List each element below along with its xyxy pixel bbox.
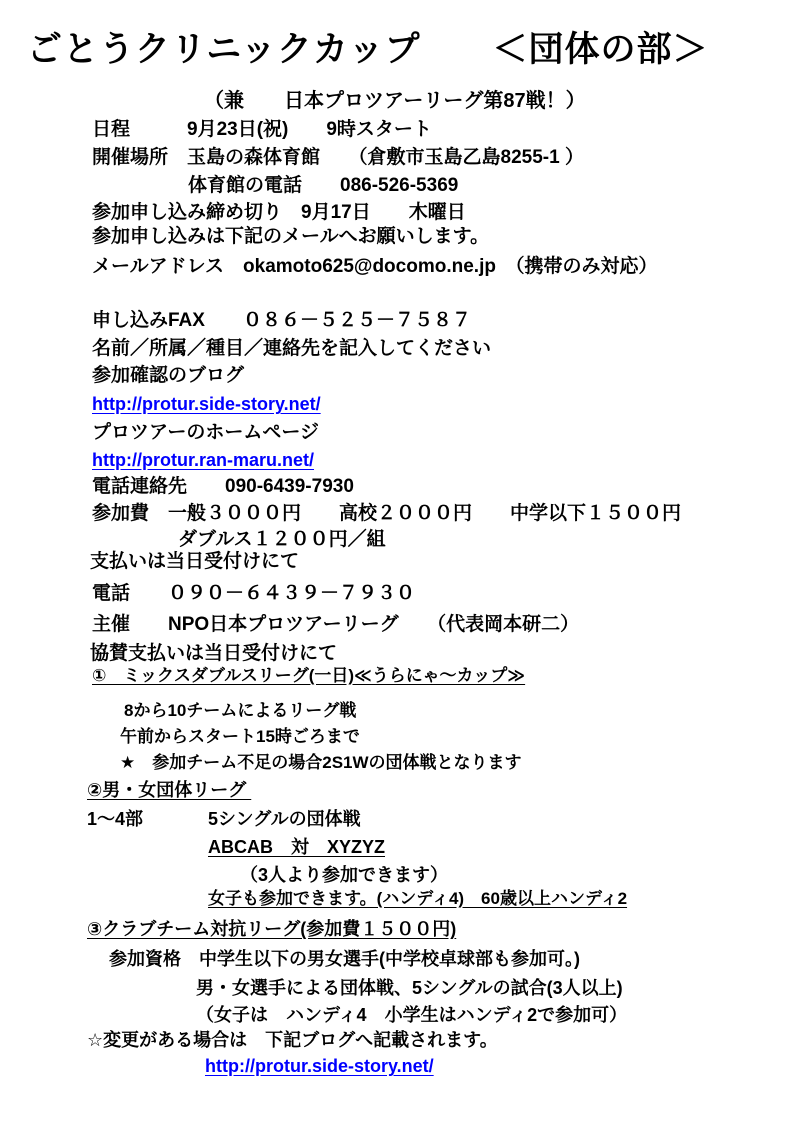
venue-line: 開催場所 玉島の森体育館 （倉敷市玉島乙島8255-1 ） [92,147,584,169]
event3-heading: ③クラブチーム対抗リーグ(参加費１５００円) [87,919,456,940]
event2-handicap-note: 女子も参加できます。(ハンディ4) 60歳以上ハンディ2 [208,889,627,909]
homepage-label: プロツアーのホームページ [92,422,319,444]
doubles-fee-line: ダブルス１２００円／組 [178,529,386,551]
event2-matchup: ABCAB 対 XYZYZ [208,837,385,858]
gym-phone-line: 体育館の電話 086-526-5369 [188,175,458,197]
schedule-line: 日程 9月23日(祝) 9時スタート [92,119,432,141]
event1-heading: ① ミックスダブルスリーグ(一日)≪うらにゃ～カップ≫ [92,666,525,686]
event1-star-note: ★ 参加チーム不足の場合2S1Wの団体戦となります [120,753,522,773]
blog-label: 参加確認のブログ [92,365,244,387]
fee-line: 参加費 一般３０００円 高校２０００円 中学以下１５００円 [92,503,681,525]
deadline-line: 参加申し込み締め切り 9月17日 木曜日 [92,202,466,224]
homepage-link[interactable]: http://protur.ran-maru.net/ [92,450,314,471]
phone-line: 電話 ０９０－６４３９－７９３０ [92,583,415,605]
event3-format-line: 男・女選手による団体戦、5シングルの試合(3人以上) [196,978,623,999]
event-title: ごとうクリニックカップ ＜団体の部＞ [27,30,709,70]
payment-line: 支払いは当日受付けにて [90,551,299,573]
event3-eligibility: 参加資格 中学生以下の男女選手(中学校卓球部も参加可。) [109,949,580,970]
event2-heading: ②男・女団体リーグ [87,780,251,801]
event3-handicap-line: （女子は ハンディ4 小学生はハンディ2で参加可） [196,1005,627,1026]
change-note-line: ☆変更がある場合は 下記ブログへ記載されます。 [87,1030,498,1051]
event2-division: 1～4部 [87,809,143,830]
sponsor-line: 協賛支払いは当日受付けにて [90,643,337,665]
blog-link[interactable]: http://protur.side-story.net/ [92,394,321,415]
entry-fields-line: 名前／所属／種目／連絡先を記入してください [92,338,491,360]
event2-format: 5シングルの団体戦 [208,809,361,830]
organizer-line: 主催 NPO日本プロツアーリーグ （代表岡本研二） [92,614,579,636]
email-line: メールアドレス okamoto625@docomo.ne.jp （携帯のみ対応） [92,256,657,278]
apply-note-line: 参加申し込みは下記のメールへお願いします。 [92,226,489,248]
footer-link[interactable]: http://protur.side-story.net/ [205,1056,434,1077]
event1-time-line: 午前からスタート15時ごろまで [120,727,360,747]
event1-teams-line: 8から10チームによるリーグ戦 [124,701,356,721]
event-subtitle: （兼 日本プロツアーリーグ第87戦！） [204,90,586,113]
fax-line: 申し込みFAX ０８６－５２５－７５８７ [92,310,471,332]
event2-players-note: （3人より参加できます） [240,865,448,886]
phone-contact-line: 電話連絡先 090-6439-7930 [92,476,354,498]
document-page: ごとうクリニックカップ ＜団体の部＞ （兼 日本プロツアーリーグ第87戦！） 日… [0,0,793,1122]
